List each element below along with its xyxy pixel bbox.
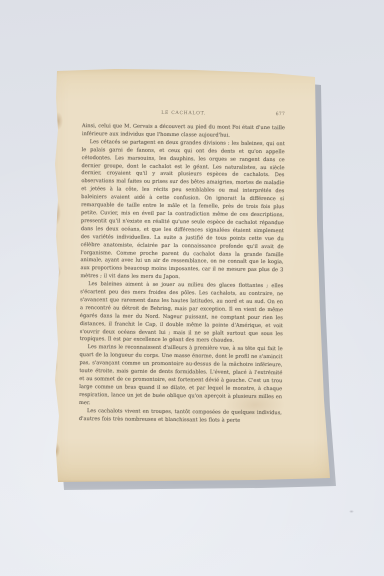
paragraph: Ainsi, celui que M. Gervais a découvert … [82,123,285,141]
page-number: 677 [276,112,285,117]
book-page: LE CACHALOT. 677 Ainsi, celui que M. Ger… [45,60,337,488]
running-title: LE CACHALOT. [161,111,206,116]
text-block: Ainsi, celui que M. Gervais a découvert … [79,123,285,426]
page-content: LE CACHALOT. 677 Ainsi, celui que M. Ger… [41,60,337,491]
paragraph: Les baleines aiment à se jouer au milieu… [80,281,284,346]
paragraph: Les marins le reconnaissent d'ailleurs à… [79,344,283,409]
dust-speck [349,510,354,513]
running-head: LE CACHALOT. 677 [82,110,285,120]
paragraph: Les cachalots vivent en troupes, tantôt … [79,408,282,426]
photo-background: LE CACHALOT. 677 Ainsi, celui que M. Ger… [0,0,384,576]
paragraph: Les cétacés se partagent en deux grandes… [80,139,284,283]
